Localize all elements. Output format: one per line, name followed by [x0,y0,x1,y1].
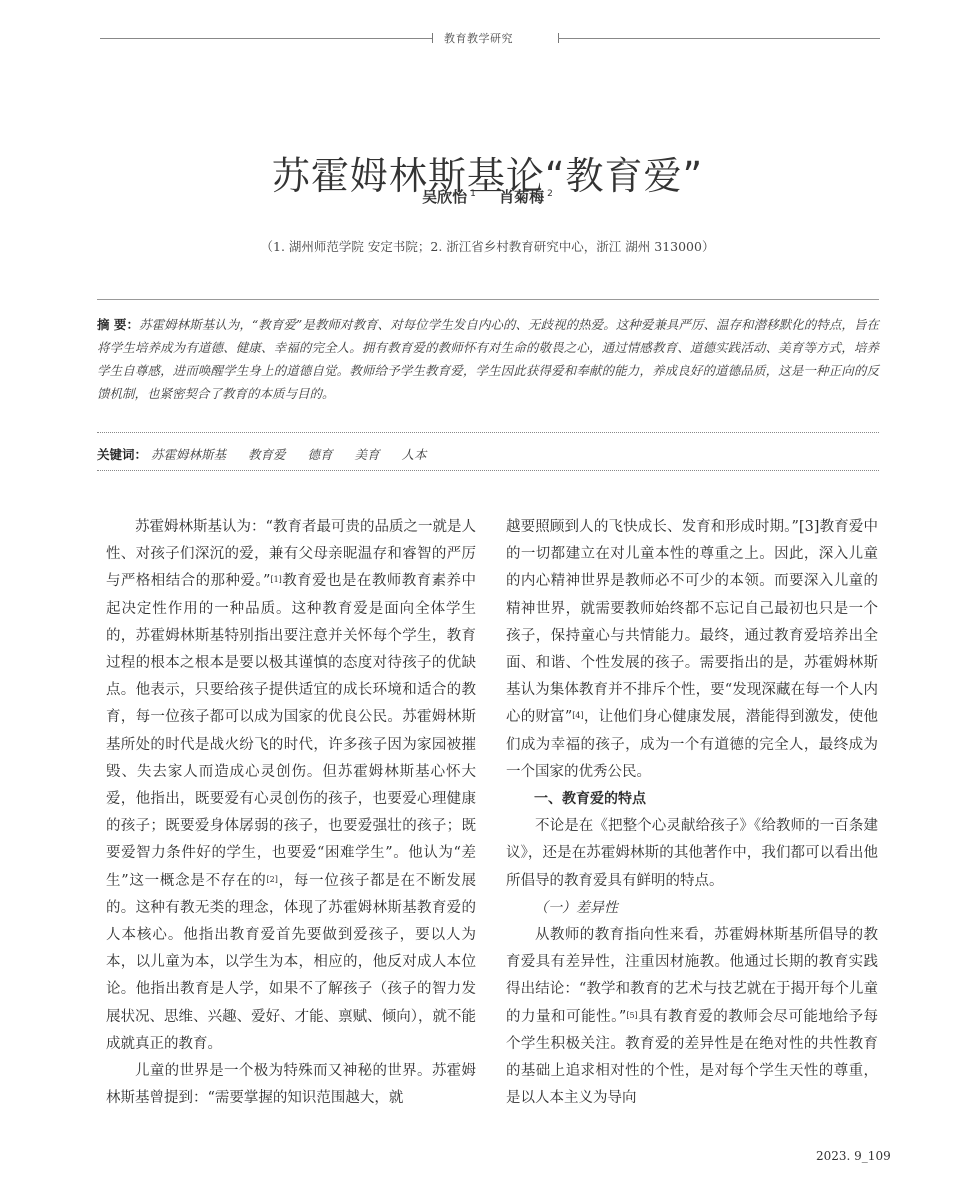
subsection-heading: （一）差异性 [506,895,878,922]
citation-ref: [2] [267,875,278,884]
abstract-text: 苏霍姆林斯基认为，“教育爱”是教师对教育、对每位学生发自内心的、无歧视的热爱。这… [97,317,879,401]
keyword: 人本 [402,447,427,462]
body-column-right: 越要照顾到人的飞快成长、发育和形成时期。”[3]教育爱中的一切都建立在对儿童本性… [506,514,878,1112]
author-affiliation-marker: 1 [470,189,476,199]
citation-ref: [5] [626,1011,637,1020]
citation-ref: [4] [572,711,583,720]
journal-section-title: 教育教学研究 [444,30,513,46]
keyword: 美育 [355,447,380,462]
paragraph-text: 教育爱也是在教师教育素养中起决定性作用的一种品质。这种教育爱是面向全体学生的，苏… [106,573,476,888]
page-footer: 2023. 9_109 [816,1149,891,1163]
paragraph-text: 越要照顾到人的飞快成长、发育和形成时期。”[3]教育爱中的一切都建立在对儿童本性… [506,519,878,725]
header-rule-left [100,38,432,39]
author-name: 肖菊梅 [499,188,544,206]
citation-ref: [1] [270,575,281,584]
abstract-top-rule [97,299,879,300]
body-paragraph: 越要照顾到人的飞快成长、发育和形成时期。”[3]教育爱中的一切都建立在对儿童本性… [506,514,878,786]
author-name: 吴欣怡 [422,188,467,206]
keyword: 德育 [308,447,333,462]
author-affiliation-marker: 2 [547,189,553,199]
header-tick-left [432,33,433,43]
author-line: 吴欣怡1 肖菊梅2 [0,186,975,207]
running-head: 教育教学研究 [100,30,880,50]
body-paragraph: 苏霍姆林斯基认为：“教育者最可贵的品质之一就是人性、对孩子们深沉的爱，兼有父母亲… [106,514,476,1058]
keywords-bottom-rule [97,470,879,471]
body-paragraph: 不论是在《把整个心灵献给孩子》《给教师的一百条建议》，还是在苏霍姆林斯的其他著作… [506,813,878,895]
paragraph-text: ，每一位孩子都是在不断发展的。这种有教无类的理念，体现了苏霍姆林斯基教育爱的人本… [106,873,476,1052]
section-heading: 一、教育爱的特点 [506,786,878,813]
keyword: 教育爱 [248,447,286,462]
abstract: 摘 要：苏霍姆林斯基认为，“教育爱”是教师对教育、对每位学生发自内心的、无歧视的… [97,313,879,405]
header-rule-right [558,38,880,39]
body-paragraph: 儿童的世界是一个极为特殊而又神秘的世界。苏霍姆林斯基曾提到：“需要掌握的知识范围… [106,1058,476,1112]
keywords: 关键词： 苏霍姆林斯基 教育爱 德育 美育 人本 [97,445,879,463]
keywords-label: 关键词： [97,447,147,462]
keyword: 苏霍姆林斯基 [151,447,226,462]
body-paragraph: 从教师的教育指向性来看，苏霍姆林斯基所倡导的教育爱具有差异性，注重因材施教。他通… [506,922,878,1112]
body-column-left: 苏霍姆林斯基认为：“教育者最可贵的品质之一就是人性、对孩子们深沉的爱，兼有父母亲… [106,514,476,1112]
abstract-label: 摘 要： [97,317,139,332]
keywords-top-rule [97,432,879,433]
affiliations: （1. 湖州师范学院 安定书院；2. 浙江省乡村教育研究中心，浙江 湖州 313… [0,237,975,255]
